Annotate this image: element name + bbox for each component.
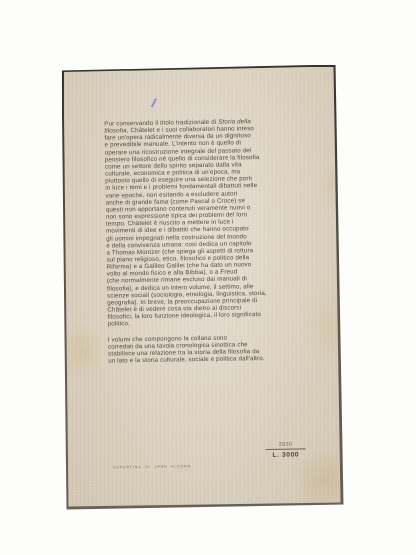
cover-designer-credit: COPERTINA DI JOHN ALCORN [112,464,190,469]
photo-background: Pur conservando il titolo tradizionale d… [0,0,416,555]
blurb-paragraph-2: I volumi che compongono la collana sono … [107,332,335,364]
book-back-cover: Pur conservando il titolo tradizionale d… [64,67,342,508]
price-box: 2830 L. 3000 [263,441,307,458]
blue-pen-mark [150,97,156,107]
blurb-p1-rest: Châtelet e i suoi collaboratori hanno in… [104,125,266,328]
back-cover-blurb: Pur conservando il titolo tradizionale d… [104,116,336,364]
blurb-paragraph-1: Pur conservando il titolo tradizionale d… [104,116,335,327]
price-value: L. 3000 [263,450,307,458]
cover-content: Pur conservando il titolo tradizionale d… [60,64,345,510]
price-divider-line [265,448,305,450]
catalog-number: 2830 [263,441,307,448]
